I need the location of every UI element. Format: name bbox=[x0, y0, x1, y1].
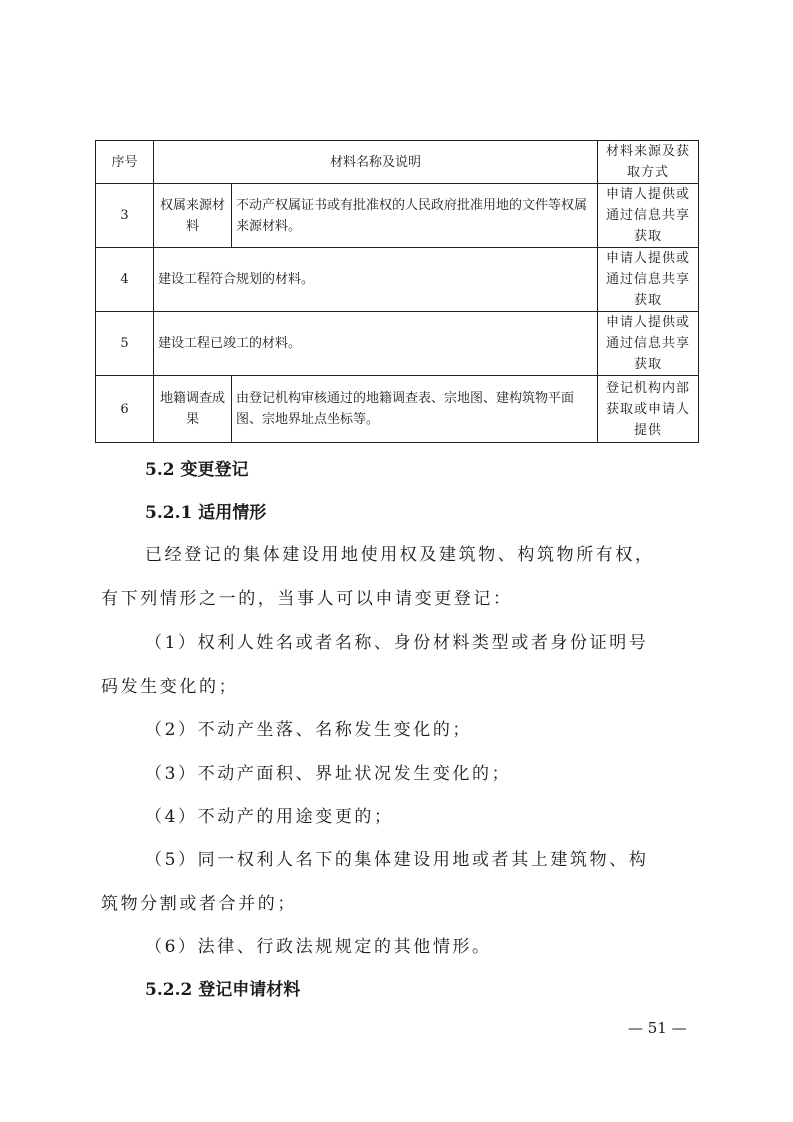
list-item: （4）不动产的用途变更的； bbox=[145, 802, 394, 827]
header-source: 材料来源及获取方式 bbox=[598, 141, 699, 184]
table-row: 5 建设工程已竣工的材料。 申请人提供或通过信息共享获取 bbox=[96, 312, 699, 376]
row-desc: 由登记机构审核通过的地籍调查表、宗地图、建构筑物平面图、宗地界址点坐标等。 bbox=[232, 376, 598, 443]
row-no: 4 bbox=[96, 248, 154, 312]
row-desc: 建设工程已竣工的材料。 bbox=[154, 312, 598, 376]
list-item: （5）同一权利人名下的集体建设用地或者其上建筑物、构 bbox=[145, 845, 648, 870]
list-item: （6）法律、行政法规规定的其他情形。 bbox=[145, 932, 492, 957]
table-row: 4 建设工程符合规划的材料。 申请人提供或通过信息共享获取 bbox=[96, 248, 699, 312]
paragraph-line: 有下列情形之一的，当事人可以申请变更登记： bbox=[101, 584, 513, 609]
table-row: 3 权属来源材料 不动产权属证书或有批准权的人民政府批准用地的文件等权属来源材料… bbox=[96, 184, 699, 248]
header-desc: 材料名称及说明 bbox=[154, 141, 598, 184]
list-item: （3）不动产面积、界址状况发生变化的； bbox=[145, 759, 511, 784]
row-source: 申请人提供或通过信息共享获取 bbox=[598, 248, 699, 312]
list-item-cont: 筑物分割或者合并的； bbox=[101, 889, 297, 914]
row-source: 登记机构内部获取或申请人提供 bbox=[598, 376, 699, 443]
row-no: 5 bbox=[96, 312, 154, 376]
row-desc: 不动产权属证书或有批准权的人民政府批准用地的文件等权属来源材料。 bbox=[232, 184, 598, 248]
header-no: 序号 bbox=[96, 141, 154, 184]
materials-table: 序号 材料名称及说明 材料来源及获取方式 3 权属来源材料 不动产权属证书或有批… bbox=[95, 140, 699, 443]
list-item: （1）权利人姓名或者名称、身份材料类型或者身份证明号 bbox=[145, 628, 648, 653]
table-row: 6 地籍调查成果 由登记机构审核通过的地籍调查表、宗地图、建构筑物平面图、宗地界… bbox=[96, 376, 699, 443]
list-item-cont: 码发生变化的； bbox=[101, 672, 238, 697]
row-source: 申请人提供或通过信息共享获取 bbox=[598, 184, 699, 248]
row-name: 权属来源材料 bbox=[154, 184, 232, 248]
row-desc: 建设工程符合规划的材料。 bbox=[154, 248, 598, 312]
list-item: （2）不动产坐落、名称发生变化的； bbox=[145, 715, 472, 740]
row-source: 申请人提供或通过信息共享获取 bbox=[598, 312, 699, 376]
row-name: 地籍调查成果 bbox=[154, 376, 232, 443]
row-no: 3 bbox=[96, 184, 154, 248]
paragraph-line: 已经登记的集体建设用地使用权及建筑物、构筑物所有权， bbox=[145, 540, 655, 565]
table-header-row: 序号 材料名称及说明 材料来源及获取方式 bbox=[96, 141, 699, 184]
row-no: 6 bbox=[96, 376, 154, 443]
section-heading-5-2: 5.2 变更登记 bbox=[145, 455, 249, 480]
page-number: — 51 — bbox=[628, 1019, 687, 1037]
section-heading-5-2-2: 5.2.2 登记申请材料 bbox=[145, 975, 300, 1000]
section-heading-5-2-1: 5.2.1 适用情形 bbox=[145, 498, 266, 523]
